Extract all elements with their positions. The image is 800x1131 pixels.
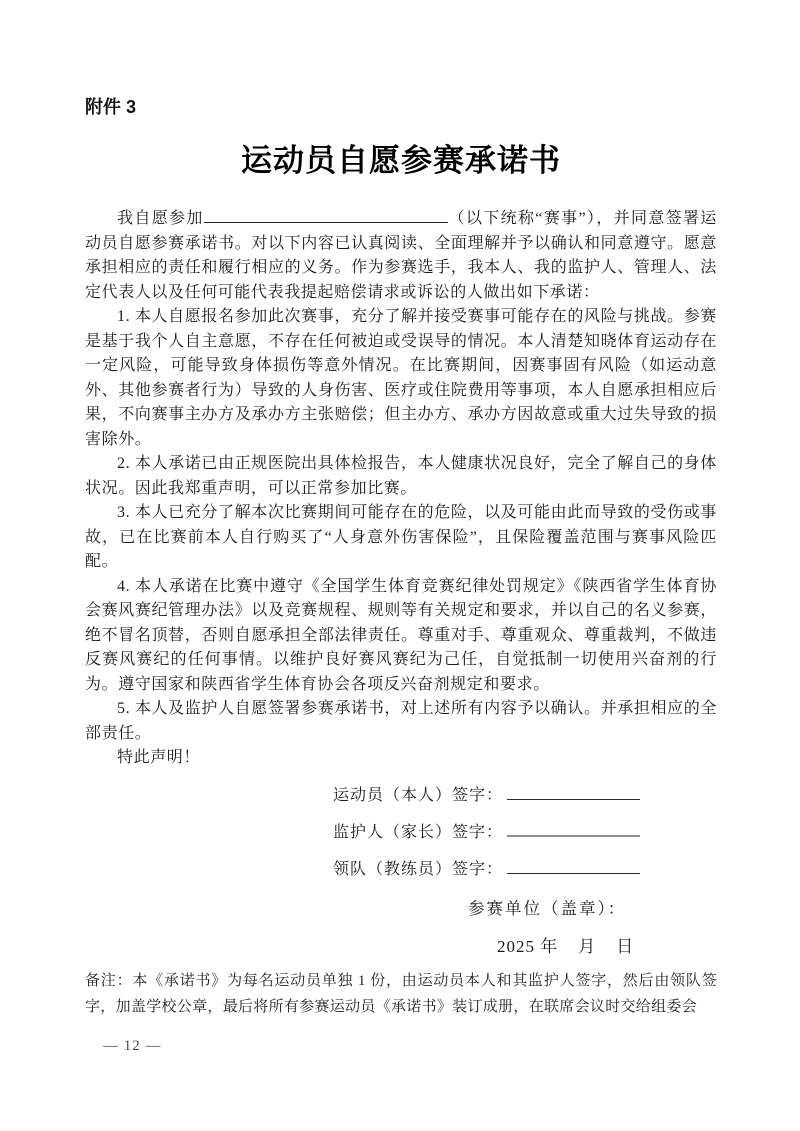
- athlete-signature-line: [507, 786, 640, 800]
- signature-row-coach: 领队（教练员）签字：: [333, 858, 717, 882]
- date-year: 2025 年: [497, 937, 558, 956]
- signature-row-athlete: 运动员（本人）签字：: [333, 784, 717, 808]
- document-page: 附件 3 运动员自愿参赛承诺书 我自愿参加（以下统称“赛事”），并同意签署运动员…: [0, 0, 800, 1131]
- page-title: 运动员自愿参赛承诺书: [85, 135, 717, 180]
- commitment-item-4: 4. 本人承诺在比赛中遵守《全国学生体育竞赛纪律处罚规定》《陕西省学生体育协会赛…: [85, 575, 717, 698]
- guardian-signature-label: 监护人（家长）签字：: [333, 824, 503, 841]
- athlete-signature-label: 运动员（本人）签字：: [333, 787, 503, 804]
- intro-prefix: 我自愿参加: [117, 210, 204, 227]
- commitment-item-1: 1. 本人自愿报名参加此次赛事，充分了解并接受赛事可能存在的风险与挑战。参赛是基…: [85, 305, 717, 452]
- date-month: 月: [578, 937, 596, 956]
- coach-signature-label: 领队（教练员）签字：: [333, 861, 503, 878]
- intro-paragraph: 我自愿参加（以下统称“赛事”），并同意签署运动员自愿参赛承诺书。对以下内容已认真…: [85, 207, 717, 305]
- event-name-blank: [204, 209, 448, 223]
- signature-row-guardian: 监护人（家长）签字：: [333, 821, 717, 845]
- declaration-line: 特此声明！: [85, 746, 717, 771]
- document-content: 附件 3 运动员自愿参赛承诺书 我自愿参加（以下统称“赛事”），并同意签署运动员…: [0, 0, 800, 1020]
- note-paragraph: 备注：本《承诺书》为每名运动员单独 1 份，由运动员本人和其监护人签字，然后由领…: [85, 968, 717, 1020]
- date-line: 2025 年月日: [497, 932, 717, 957]
- page-number: — 12 —: [103, 1038, 162, 1055]
- unit-seal-label: 参赛单位（盖章）：: [468, 895, 717, 919]
- attachment-label: 附件 3: [85, 93, 717, 119]
- coach-signature-line: [507, 860, 640, 874]
- signature-block: 运动员（本人）签字： 监护人（家长）签字： 领队（教练员）签字：: [333, 784, 717, 882]
- guardian-signature-line: [507, 822, 640, 837]
- commitment-item-3: 3. 本人已充分了解本次比赛期间可能存在的危险，以及可能由此而导致的受伤或事故，…: [85, 501, 717, 575]
- date-day: 日: [616, 937, 634, 956]
- commitment-item-2: 2. 本人承诺已由正规医院出具体检报告，本人健康状况良好，完全了解自己的身体状况…: [85, 452, 717, 501]
- commitment-item-5: 5. 本人及监护人自愿签署参赛承诺书，对上述所有内容予以确认。并承担相应的全部责…: [85, 697, 717, 746]
